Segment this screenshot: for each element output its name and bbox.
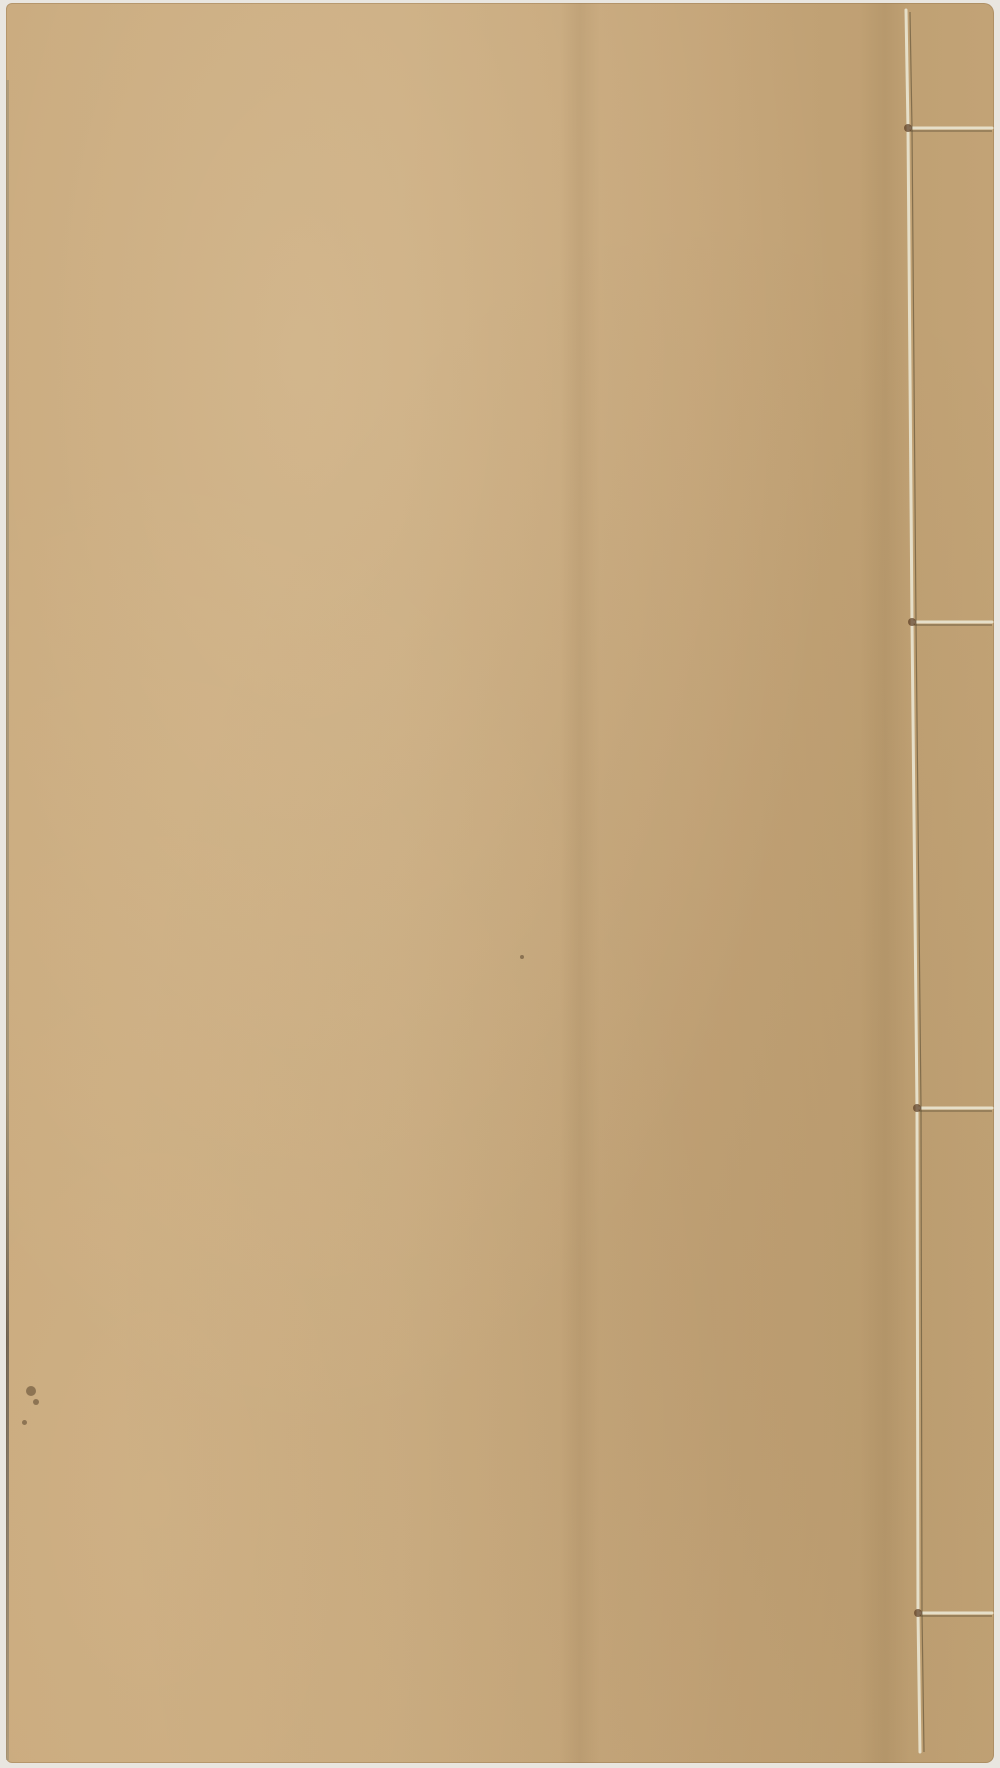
stitch-knot	[914, 1609, 922, 1617]
stitch-knot	[913, 1104, 921, 1112]
stitch-knot	[908, 618, 916, 626]
binding-threads	[0, 0, 1000, 1768]
stitch-knot	[904, 124, 912, 132]
